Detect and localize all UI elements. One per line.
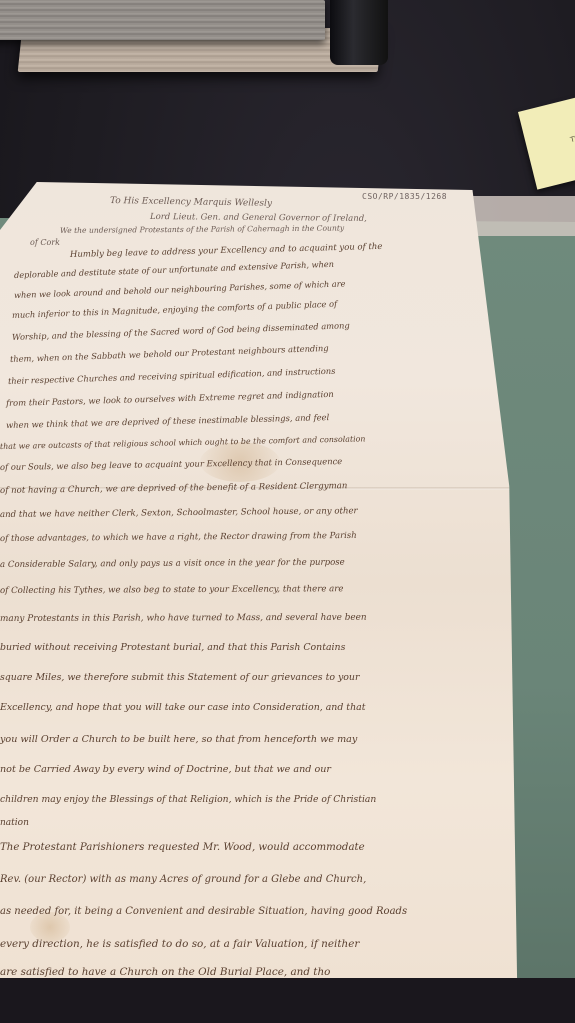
text-line: Worship, and the blessing of the Sacred … (12, 320, 350, 342)
text-line: square Miles, we therefore submit this S… (0, 672, 359, 683)
text-line: nation (0, 818, 29, 828)
manuscript-page: CSO/RP/1835/1268 To His Excellency Marqu… (0, 182, 525, 982)
text-line: them, when on the Sabbath we behold our … (10, 343, 329, 364)
text-line: their respective Churches and receiving … (8, 366, 336, 386)
text-line: as needed for, it being a Convenient and… (0, 906, 407, 917)
book-upper (0, 0, 325, 40)
text-line: The Protestant Parishioners requested Mr… (0, 842, 365, 853)
text-line: children may enjoy the Blessings of that… (0, 794, 376, 805)
text-line: deplorable and destitute state of our un… (14, 259, 334, 280)
text-line: when we think that we are deprived of th… (6, 412, 329, 430)
text-line: of Collecting his Tythes, we also beg to… (0, 584, 343, 596)
binder-spine (330, 0, 388, 65)
text-line: much inferior to this in Magnitude, enjo… (12, 299, 337, 320)
table-edge (0, 978, 575, 1023)
text-line: a Considerable Salary, and only pays us … (0, 558, 345, 570)
text-line: of our Souls, we also beg leave to acqua… (0, 456, 342, 472)
text-line: of not having a Church, we are deprived … (0, 481, 347, 496)
text-line: when we look around and behold our neigh… (14, 278, 346, 300)
text-line: Rev. (our Rector) with as many Acres of … (0, 874, 366, 885)
heading-line: To His Excellency Marquis Wellesly (110, 196, 272, 209)
text-line: and that we have neither Clerk, Sexton, … (0, 506, 358, 520)
text-line: Humbly beg leave to address your Excelle… (70, 242, 383, 260)
photo-scene: TE CSO/RP/1835/1268 To His Excellency Ma… (0, 0, 575, 1023)
yellow-note-text: TE (569, 134, 575, 144)
text-line: of Cork (30, 238, 60, 247)
text-line: that we are outcasts of that religious s… (0, 434, 366, 451)
text-line: many Protestants in this Parish, who hav… (0, 613, 367, 624)
text-line: not be Carried Away by every wind of Doc… (0, 764, 331, 775)
reference-number: CSO/RP/1835/1268 (362, 192, 447, 201)
text-line: from their Pastors, we look to ourselves… (6, 389, 334, 408)
text-line: every direction, he is satisfied to do s… (0, 938, 359, 950)
text-line: We the undersigned Protestants of the Pa… (60, 224, 344, 235)
text-line: are satisfied to have a Church on the Ol… (0, 966, 330, 978)
text-line: of those advantages, to which we have a … (0, 531, 357, 544)
text-line: buried without receiving Protestant buri… (0, 642, 345, 653)
text-line: you will Order a Church to be built here… (0, 734, 357, 745)
text-line: Excellency, and hope that you will take … (0, 702, 365, 713)
heading-line: Lord Lieut. Gen. and General Governor of… (150, 212, 367, 224)
